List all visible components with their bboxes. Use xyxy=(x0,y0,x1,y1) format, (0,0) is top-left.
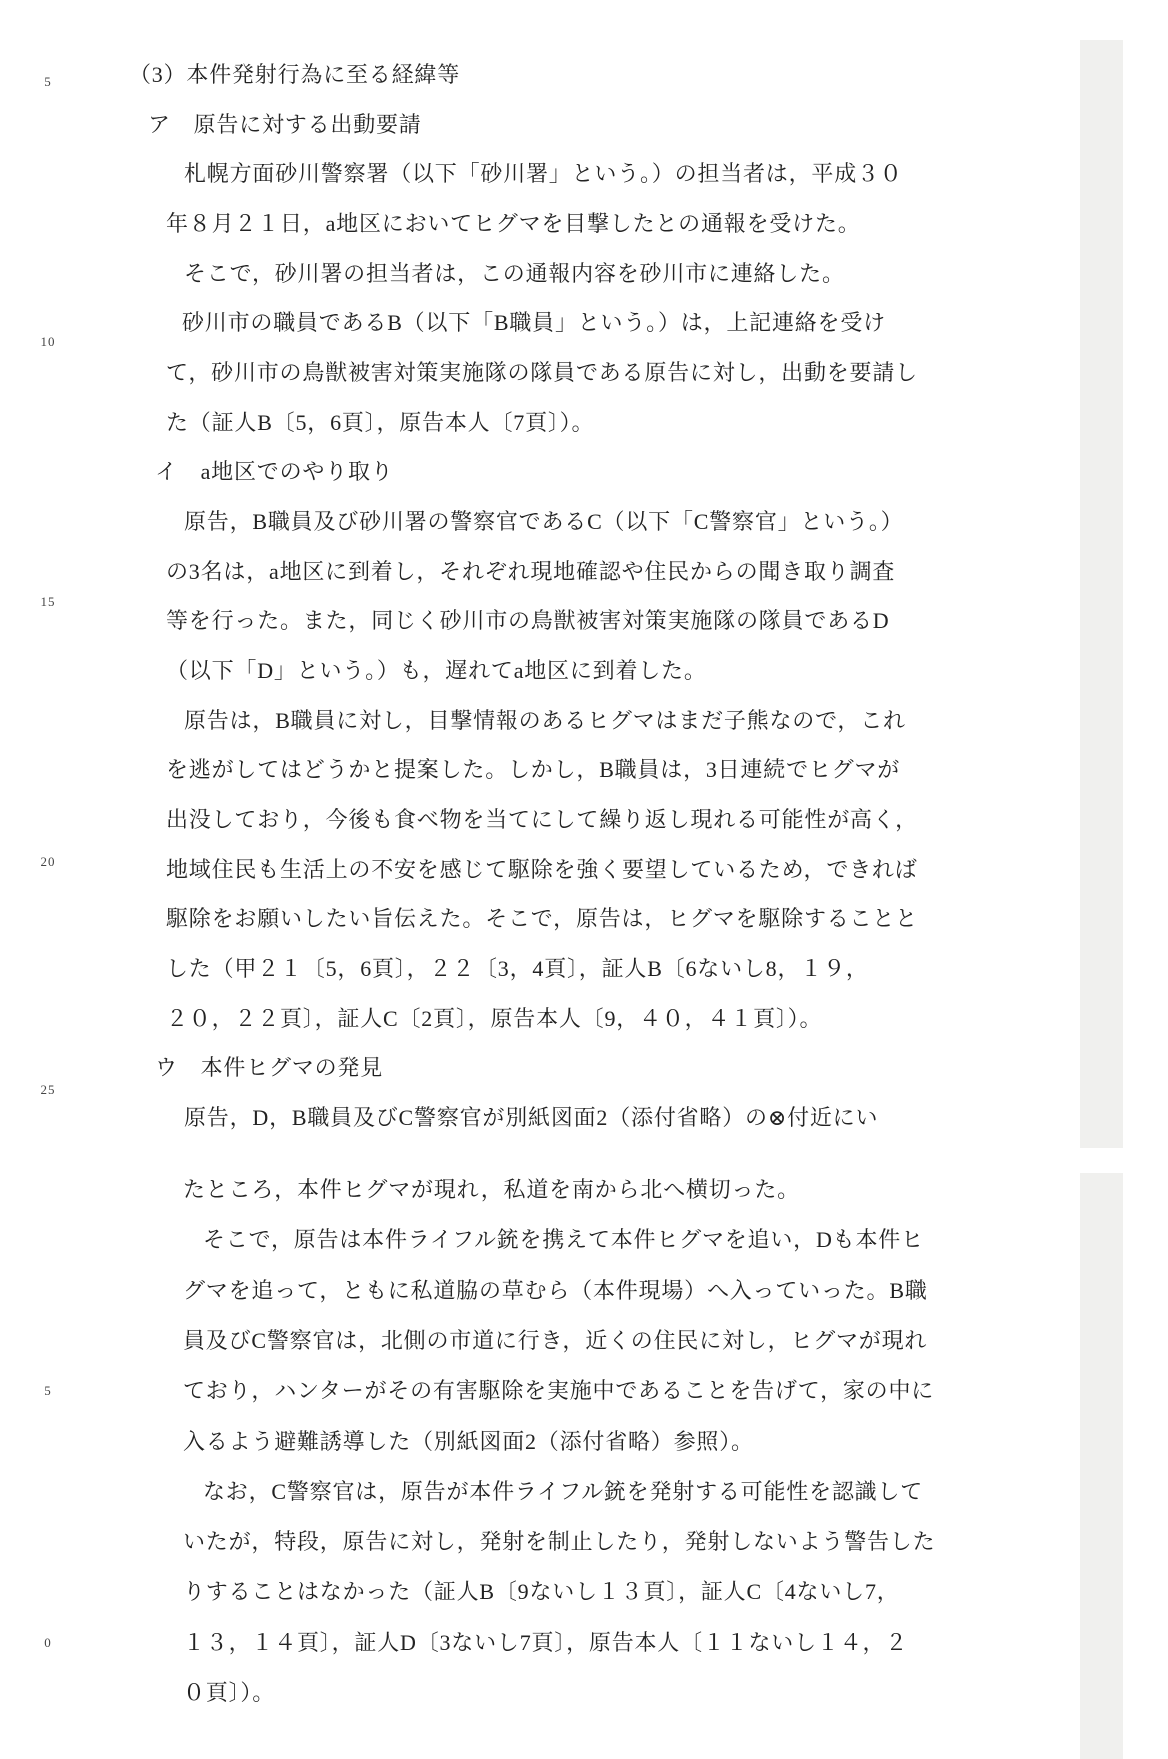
text-line: ０頁〕）。 xyxy=(183,1668,275,1718)
text-line: 原告は，B職員に対し，目撃情報のあるヒグマはまだ子熊なので，これ xyxy=(184,696,906,746)
line-number: 5 xyxy=(30,70,66,94)
text-line: を逃がしてはどうかと提案した。しかし，B職員は，3日連続でヒグマが xyxy=(166,745,900,795)
text-line: たところ，本件ヒグマが現れ，私道を南から北へ横切った。 xyxy=(183,1165,800,1215)
text-line: （以下「D」という。）も，遅れてa地区に到着した。 xyxy=(166,646,707,696)
line-number: 25 xyxy=(30,1078,66,1102)
text-line: 駆除をお願いしたい旨伝えた。そこで，原告は，ヒグマを駆除することと xyxy=(166,894,918,944)
line-number: 0 xyxy=(30,1631,66,1655)
text-line: イ a地区でのやり取り xyxy=(155,447,394,497)
line-number: 15 xyxy=(30,590,66,614)
text-line: 員及びC警察官は，北側の市道に行き，近くの住民に対し，ヒグマが現れ xyxy=(183,1316,927,1366)
text-line: 原告，D，B職員及びC警察官が別紙図面2（添付省略）の⊗付近にい xyxy=(184,1093,878,1143)
text-line: 等を行った。また，同じく砂川市の鳥獣被害対策実施隊の隊員であるD xyxy=(166,596,890,646)
text-line: 出没しており，今後も食べ物を当てにして繰り返し現れる可能性が高く， xyxy=(166,795,918,845)
document-canvas: 5 10 15 20 25 （3）本件発射行為に至る経緯等 ア 原告に対する出動… xyxy=(0,0,1168,1759)
text-line: ており，ハンターがその有害駆除を実施中であることを告げて，家の中に xyxy=(183,1366,934,1416)
text-line: いたが，特段，原告に対し，発射を制止したり，発射しないよう警告した xyxy=(183,1517,935,1567)
text-line: の3名は，a地区に到着し，それぞれ現地確認や住民からの聞き取り調査 xyxy=(166,547,895,597)
page-edge-strip xyxy=(1080,40,1123,1148)
line-number: 5 xyxy=(30,1379,66,1403)
text-line: そこで，砂川署の担当者は，この通報内容を砂川市に連絡した。 xyxy=(184,249,845,299)
text-line: 札幌方面砂川警察署（以下「砂川署」という。）の担当者は，平成３０ xyxy=(184,149,903,199)
text-line: ア 原告に対する出動要請 xyxy=(148,100,422,150)
line-number: 10 xyxy=(30,330,66,354)
text-line: 地域住民も生活上の不安を感じて駆除を強く要望しているため，できれば xyxy=(166,845,918,895)
text-line: （3）本件発射行為に至る経緯等 xyxy=(129,50,460,100)
text-line: りすることはなかった（証人B〔9ないし１３頁〕，証人C〔4ないし7， xyxy=(183,1567,900,1617)
text-line: て，砂川市の鳥獣被害対策実施隊の隊員である原告に対し，出動を要請し xyxy=(166,348,918,398)
text-line: グマを追って，ともに私道脇の草むら（本件現場）へ入っていった。B職 xyxy=(183,1266,928,1316)
text-line: １３，１４頁〕，証人D〔3ないし7頁〕，原告本人〔１１ないし１４，２ xyxy=(183,1618,908,1668)
text-line: 年８月２１日，a地区においてヒグマを目撃したとの通報を受けた。 xyxy=(166,199,861,249)
page-edge-strip xyxy=(1080,1173,1123,1759)
text-line: 入るよう避難誘導した（別紙図面2（添付省略）参照）。 xyxy=(183,1417,754,1467)
text-line: ２０，２２頁〕，証人C〔2頁〕，原告本人〔9，４０，４１頁〕）。 xyxy=(166,994,822,1044)
text-line: 原告，B職員及び砂川署の警察官であるC（以下「C警察官」という。） xyxy=(184,497,903,547)
line-number: 20 xyxy=(30,850,66,874)
text-line: ウ 本件ヒグマの発見 xyxy=(155,1043,383,1093)
text-line: した（甲２１〔5，6頁〕，２２〔3，4頁〕，証人B〔6ないし8，１９， xyxy=(166,944,869,994)
text-line: 砂川市の職員であるB（以下「B職員」という。）は，上記連絡を受け xyxy=(182,298,886,348)
text-line: なお，C警察官は，原告が本件ライフル銃を発射する可能性を認識して xyxy=(203,1467,923,1517)
text-line: た（証人B〔5，6頁〕，原告本人〔7頁〕）。 xyxy=(166,398,594,448)
text-line: そこで，原告は本件ライフル銃を携えて本件ヒグマを追い，Dも本件ヒ xyxy=(203,1215,924,1265)
